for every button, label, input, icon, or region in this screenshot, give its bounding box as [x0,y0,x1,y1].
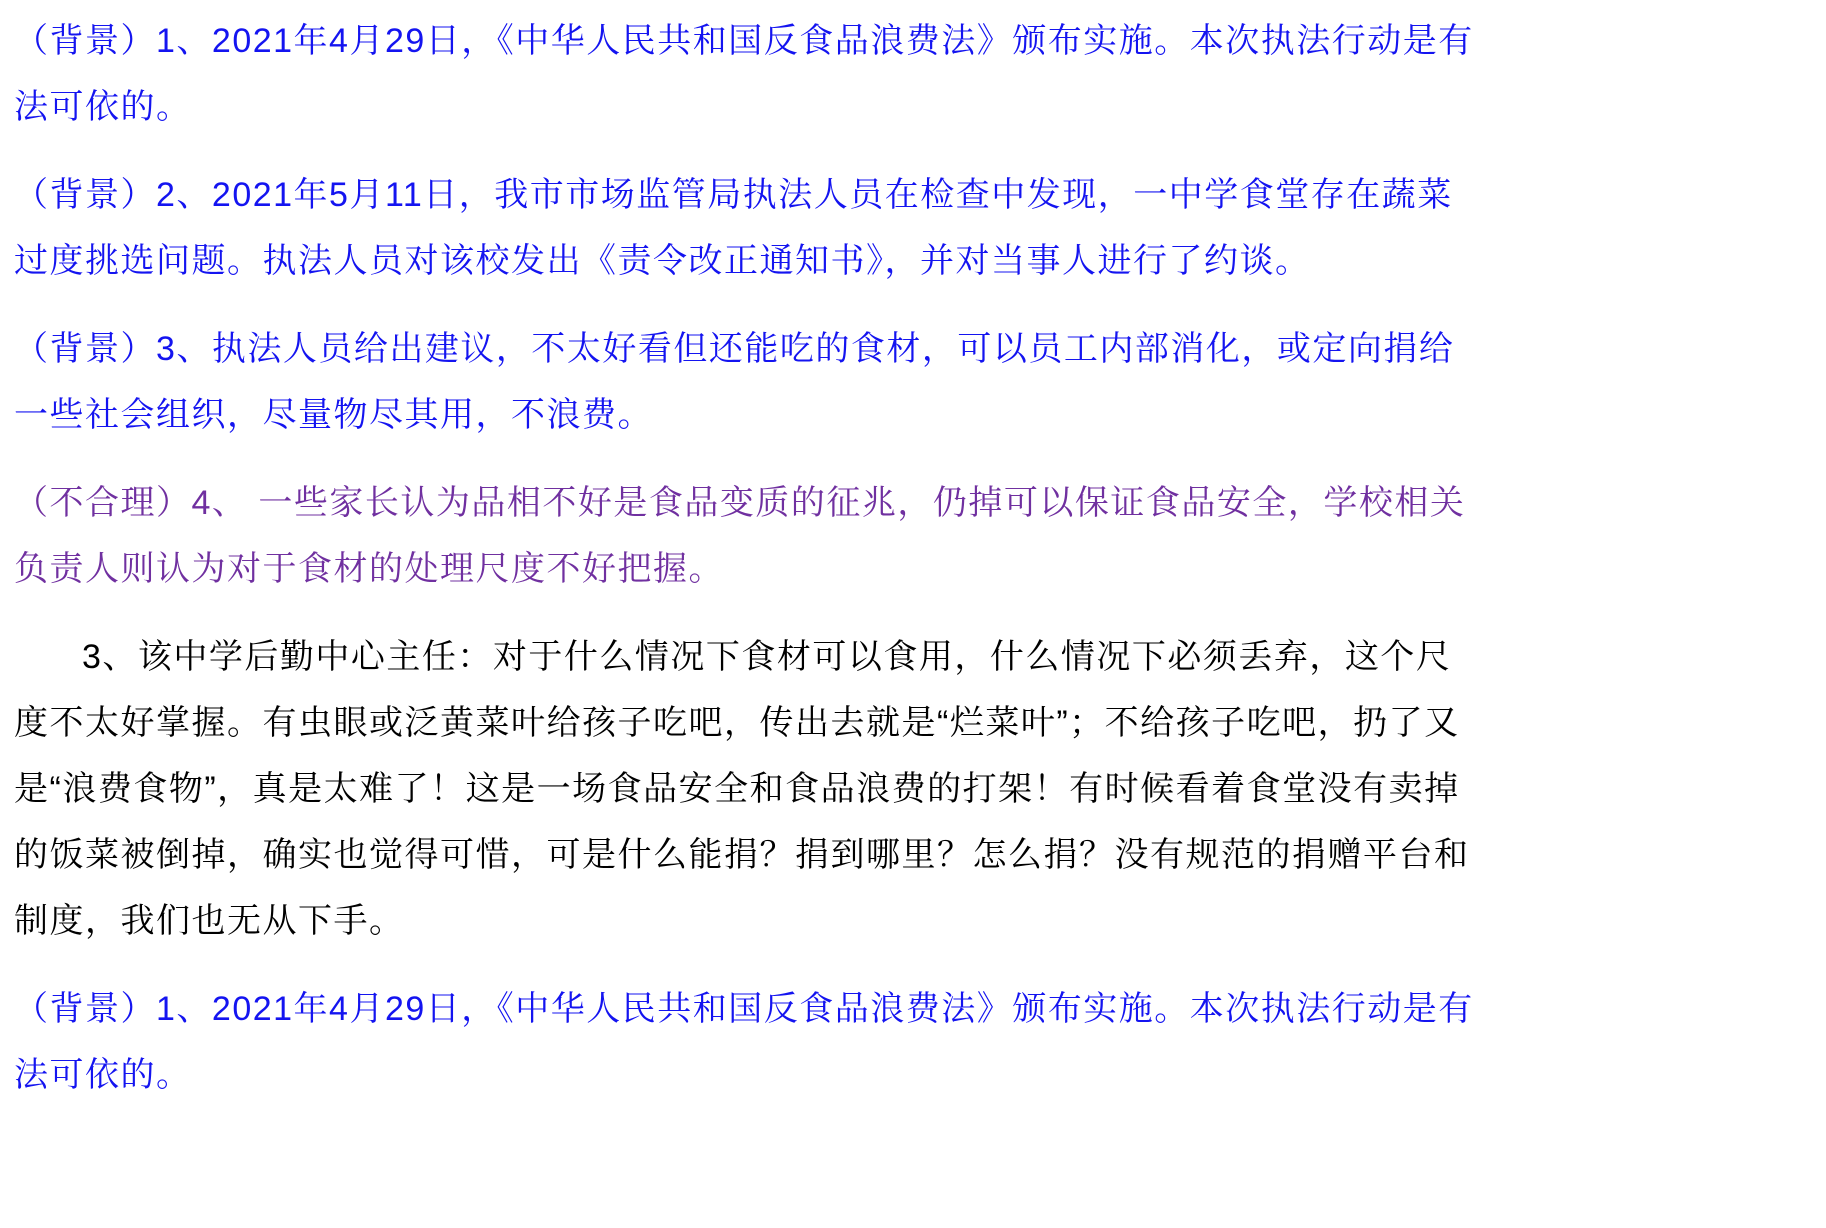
document-page: （背景）1、2021年4月29日，《中华人民共和国反食品浪费法》颁布实施。本次执… [0,0,1475,1108]
paragraph-unreasonable-4: （不合理）4、 一些家长认为品相不好是食品变质的征兆，仍掉可以保证食品安全，学校… [14,470,1475,602]
paragraph-background-1-repeat: （背景）1、2021年4月29日，《中华人民共和国反食品浪费法》颁布实施。本次执… [14,976,1475,1108]
paragraph-background-1: （背景）1、2021年4月29日，《中华人民共和国反食品浪费法》颁布实施。本次执… [14,8,1475,140]
paragraph-body-3: 3、该中学后勤中心主任：对于什么情况下食材可以食用，什么情况下必须丢弃，这个尺度… [14,624,1475,954]
paragraph-background-2: （背景）2、2021年5月11日，我市市场监管局执法人员在检查中发现，一中学食堂… [14,162,1475,294]
paragraph-background-3: （背景）3、执法人员给出建议，不太好看但还能吃的食材，可以员工内部消化，或定向捐… [14,316,1475,448]
